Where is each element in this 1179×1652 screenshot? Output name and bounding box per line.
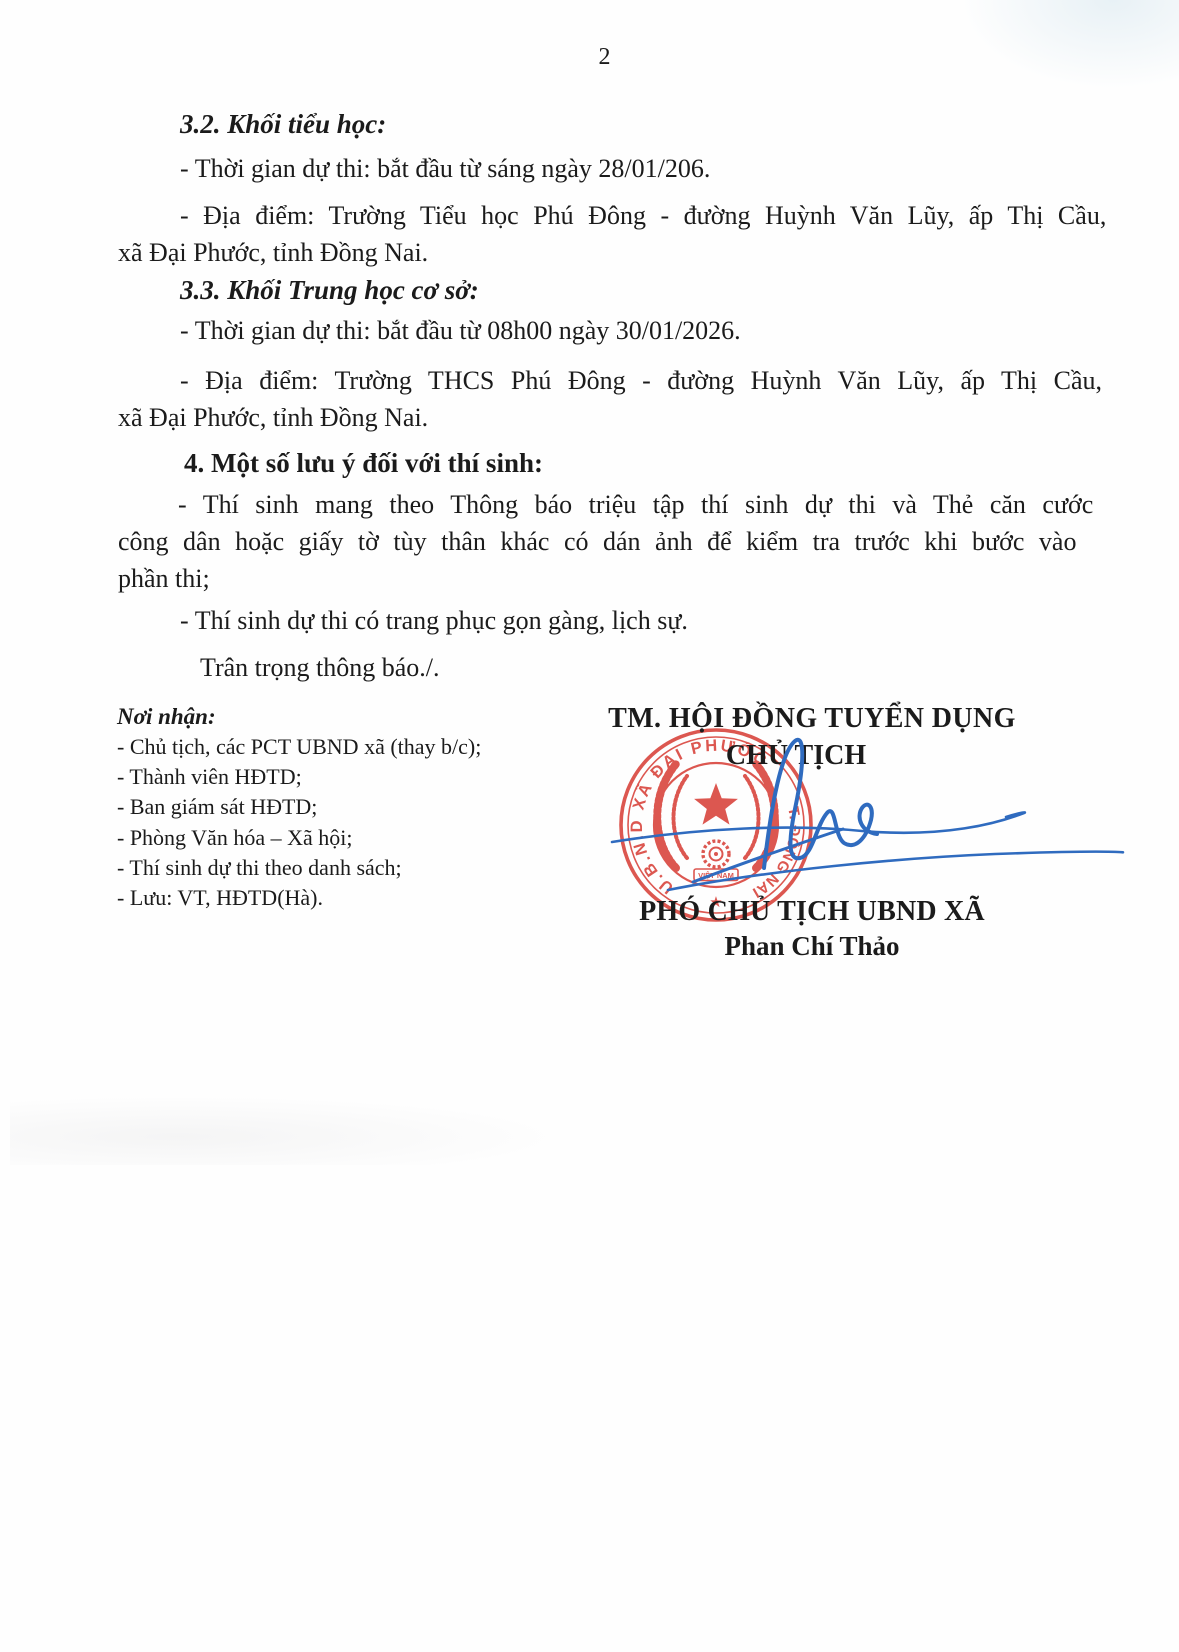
section-3-3-place-line2: xã Đại Phước, tỉnh Đồng Nai. — [118, 399, 428, 437]
section-4-note2: - Thí sinh dự thi có trang phục gọn gàng… — [118, 602, 688, 640]
recipient-item: - Thành viên HĐTD; — [117, 762, 587, 792]
recipient-item: - Lưu: VT, HĐTD(Hà). — [117, 883, 587, 913]
closing-line: Trân trọng thông báo./. — [118, 649, 440, 687]
scan-smudge — [10, 1095, 570, 1165]
recipients-block: Nơi nhận: - Chủ tịch, các PCT UBND xã (t… — [117, 701, 587, 913]
section-4-heading: 4. Một số lưu ý đối với thí sinh: — [118, 445, 543, 483]
signature-lower-flourish — [668, 852, 1123, 890]
section-3-2-place-line1: - Địa điểm: Trường Tiểu học Phú Đông - đ… — [118, 197, 1106, 235]
signer-name: Phan Chí Thảo — [600, 931, 1024, 962]
recipient-item: - Thí sinh dự thi theo danh sách; — [117, 853, 587, 883]
section-4-note1-line3: phần thi; — [118, 560, 210, 598]
recipient-item: - Chủ tịch, các PCT UBND xã (thay b/c); — [117, 732, 587, 762]
section-3-3-place-line1: - Địa điểm: Trường THCS Phú Đông - đường… — [118, 362, 1102, 400]
section-4-note1-line2: công dân hoặc giấy tờ tùy thân khác có d… — [118, 523, 1076, 561]
section-4-note1-line1: - Thí sinh mang theo Thông báo triệu tập… — [118, 486, 1093, 524]
section-3-2-place-line2: xã Đại Phước, tỉnh Đồng Nai. — [118, 234, 428, 272]
recipient-item: - Phòng Văn hóa – Xã hội; — [117, 823, 587, 853]
section-3-2-time: - Thời gian dự thi: bắt đầu từ sáng ngày… — [118, 150, 710, 188]
section-3-3-heading: 3.3. Khối Trung học cơ sở: — [118, 272, 479, 310]
page-number: 2 — [30, 42, 1179, 72]
recipient-item: - Ban giám sát HĐTD; — [117, 792, 587, 822]
section-3-3-time: - Thời gian dự thi: bắt đầu từ 08h00 ngà… — [118, 312, 741, 350]
handwritten-signature-ink — [590, 700, 1150, 930]
recipients-heading: Nơi nhận: — [117, 701, 587, 732]
section-3-2-heading: 3.2. Khối tiểu học: — [118, 106, 386, 144]
